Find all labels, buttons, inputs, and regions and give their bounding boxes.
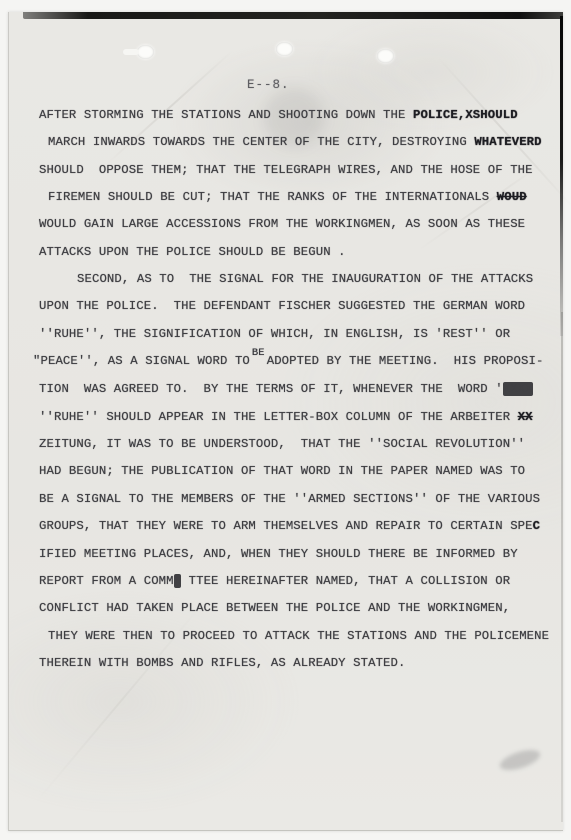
- line-text: MARCH INWARDS TOWARDS THE CENTER OF THE …: [48, 135, 474, 149]
- line-text: ADOPTED BY THE MEETING. HIS PROPOSI-: [267, 354, 544, 368]
- struck-out-text: XX: [518, 410, 533, 424]
- blotted-out-word: XXXX: [503, 382, 533, 396]
- line-text: SHOULD OPPOSE THEM; THAT THE TELEGRAPH W…: [39, 163, 533, 177]
- line-text: AFTER STORMING THE STATIONS AND SHOOTING…: [39, 108, 413, 122]
- line-text: GROUPS, THAT THEY WERE TO ARM THEMSELVES…: [39, 519, 533, 533]
- line-text: FIREMEN SHOULD BE CUT; THAT THE RANKS OF…: [48, 190, 497, 204]
- inserted-word-above-line: BE: [252, 347, 265, 359]
- page-number: E--8.: [247, 78, 290, 92]
- typed-line: IFIED MEETING PLACES, AND, WHEN THEY SHO…: [39, 541, 555, 568]
- line-text: WOULD GAIN LARGE ACCESSIONS FROM THE WOR…: [39, 217, 525, 231]
- line-text: UPON THE POLICE. THE DEFENDANT FISCHER S…: [39, 299, 525, 313]
- line-text: ''RUHE'', THE SIGNIFICATION OF WHICH, IN…: [39, 327, 510, 341]
- scan-edge-top: [23, 12, 563, 19]
- typed-line: TION WAS AGREED TO. BY THE TERMS OF IT, …: [39, 376, 555, 403]
- line-text: IFIED MEETING PLACES, AND, WHEN THEY SHO…: [39, 547, 518, 561]
- typed-line: AFTER STORMING THE STATIONS AND SHOOTING…: [39, 102, 555, 129]
- punch-hole-left: [137, 45, 154, 59]
- line-text: ''RUHE'' SHOULD APPEAR IN THE LETTER-BOX…: [39, 410, 518, 424]
- line-text: TTEE HEREINAFTER NAMED, THAT A COLLISION…: [181, 574, 510, 588]
- typed-line: MARCH INWARDS TOWARDS THE CENTER OF THE …: [48, 129, 555, 156]
- line-text: ZEITUNG, IT WAS TO BE UNDERSTOOD, THAT T…: [39, 437, 525, 451]
- typed-line: WOULD GAIN LARGE ACCESSIONS FROM THE WOR…: [39, 211, 555, 238]
- typed-line: ''RUHE'', THE SIGNIFICATION OF WHICH, IN…: [39, 321, 555, 348]
- overstruck-text: WHATEVERD: [474, 135, 541, 149]
- typed-line: BE A SIGNAL TO THE MEMBERS OF THE ''ARME…: [39, 486, 555, 513]
- blotted-character: I: [174, 574, 181, 588]
- punch-hole-right: [377, 49, 394, 63]
- line-text: TION WAS AGREED TO. BY THE TERMS OF IT, …: [39, 382, 503, 396]
- line-text: REPORT FROM A COMM: [39, 574, 174, 588]
- smudge-mark: [498, 746, 543, 774]
- typed-line: ''RUHE'' SHOULD APPEAR IN THE LETTER-BOX…: [39, 404, 555, 431]
- typed-line: THEY WERE THEN TO PROCEED TO ATTACK THE …: [48, 623, 555, 650]
- scan-edge-right-lower: [561, 312, 563, 822]
- overstruck-text: POLICE,XSHOULD: [413, 108, 518, 122]
- line-text: THEY WERE THEN TO PROCEED TO ATTACK THE …: [48, 629, 549, 643]
- typed-text-body: AFTER STORMING THE STATIONS AND SHOOTING…: [39, 102, 555, 677]
- typed-line: ZEITUNG, IT WAS TO BE UNDERSTOOD, THAT T…: [39, 431, 555, 458]
- line-text: BE A SIGNAL TO THE MEMBERS OF THE ''ARME…: [39, 492, 540, 506]
- typed-line: UPON THE POLICE. THE DEFENDANT FISCHER S…: [39, 293, 555, 320]
- typed-line: HAD BEGUN; THE PUBLICATION OF THAT WORD …: [39, 458, 555, 485]
- line-text: CONFLICT HAD TAKEN PLACE BETWEEN THE POL…: [39, 601, 510, 615]
- typed-line: FIREMEN SHOULD BE CUT; THAT THE RANKS OF…: [48, 184, 555, 211]
- line-text: THEREIN WITH BOMBS AND RIFLES, AS ALREAD…: [39, 656, 406, 670]
- scan-edge-right: [560, 16, 563, 336]
- line-text: HAD BEGUN; THE PUBLICATION OF THAT WORD …: [39, 464, 525, 478]
- typed-line: ATTACKS UPON THE POLICE SHOULD BE BEGUN …: [39, 239, 555, 266]
- overstruck-character: C: [533, 519, 540, 533]
- typed-line: "PEACE'', AS A SIGNAL WORD TOBEADOPTED B…: [33, 348, 555, 376]
- punch-hole-center: [276, 42, 293, 56]
- line-text: "PEACE'', AS A SIGNAL WORD TO: [33, 354, 250, 368]
- typed-line: CONFLICT HAD TAKEN PLACE BETWEEN THE POL…: [39, 595, 555, 622]
- struck-out-word: WOUD: [497, 190, 527, 204]
- line-text: SECOND, AS TO THE SIGNAL FOR THE INAUGUR…: [77, 272, 533, 286]
- typed-line: REPORT FROM A COMMI TTEE HEREINAFTER NAM…: [39, 568, 555, 595]
- typed-line: SHOULD OPPOSE THEM; THAT THE TELEGRAPH W…: [39, 157, 555, 184]
- scanned-document-page: E--8. AFTER STORMING THE STATIONS AND SH…: [8, 12, 563, 831]
- line-text: ATTACKS UPON THE POLICE SHOULD BE BEGUN …: [39, 245, 346, 259]
- typed-line: THEREIN WITH BOMBS AND RIFLES, AS ALREAD…: [39, 650, 555, 677]
- typed-line: GROUPS, THAT THEY WERE TO ARM THEMSELVES…: [39, 513, 555, 540]
- typed-line: SECOND, AS TO THE SIGNAL FOR THE INAUGUR…: [77, 266, 555, 293]
